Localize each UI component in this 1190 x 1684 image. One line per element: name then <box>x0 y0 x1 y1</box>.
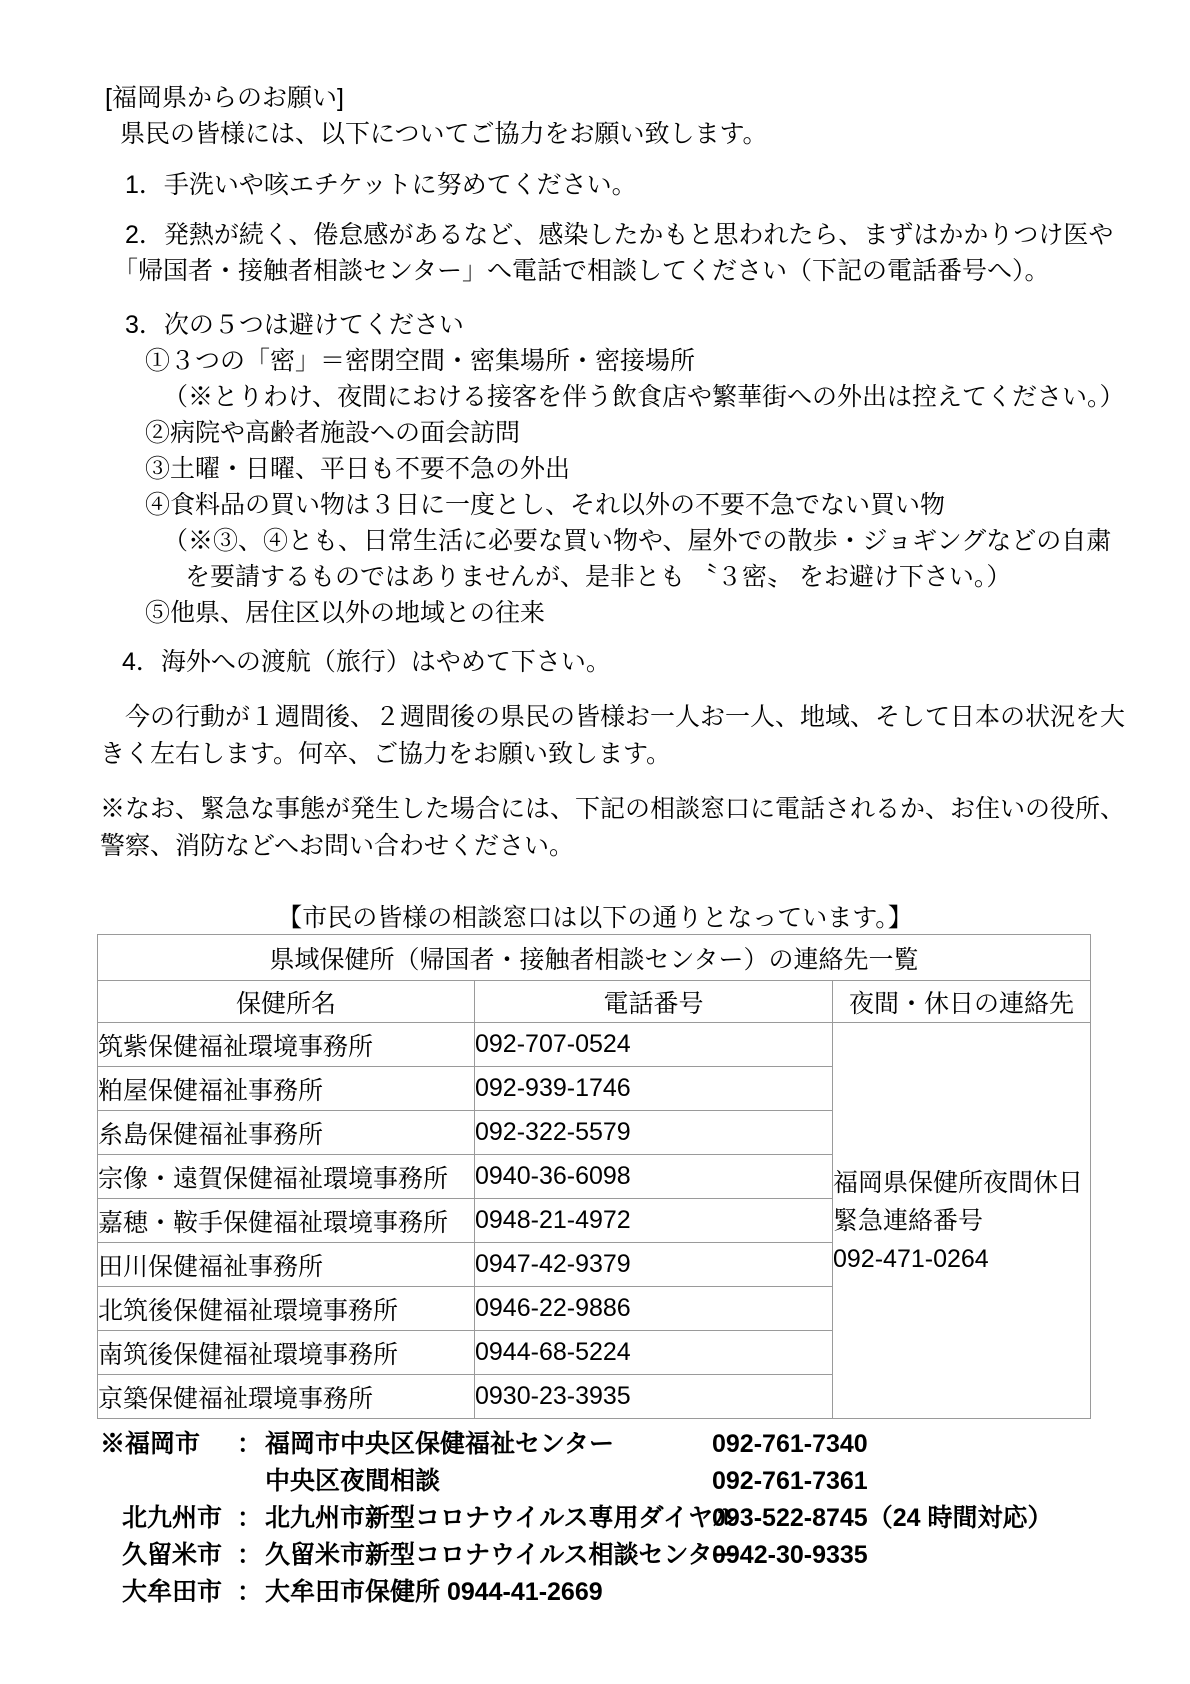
contact-name: 久留米市新型コロナウイルス相談センター <box>265 1537 712 1574</box>
list-item-2-line-1: 2．発熱が続く、倦怠感があるなど、感染したかもと思われたら、まずはかかりつけ医や <box>125 217 1190 253</box>
document-page: [福岡県からのお願い] 県民の皆様には、以下についてご協力をお願い致します。 1… <box>0 0 1190 1684</box>
list-item-3: 3．次の５つは避けてください <box>125 307 1190 343</box>
contact-colon: ： <box>237 1500 265 1537</box>
contact-phone: 092-761-7361 <box>712 1463 1190 1500</box>
table-cell-phone: 0944-68-5224 <box>475 1331 833 1375</box>
table-cell-name: 宗像・遠賀保健福祉環境事務所 <box>98 1155 475 1199</box>
emergency-note-line-1: ※なお、緊急な事態が発生した場合には、下記の相談窓口に電話されるか、お住いの役所… <box>100 791 1190 828</box>
contact-phone <box>712 1574 1190 1611</box>
sub-item-5: ⑤他県、居住区以外の地域との往来 <box>145 595 1190 631</box>
intro-line: 県民の皆様には、以下についてご協力をお願い致します。 <box>120 116 1190 152</box>
contact-colon: ： <box>237 1426 265 1463</box>
list-item-2-line-2: 「帰国者・接触者相談センター」へ電話で相談してください（下記の電話番号へ）。 <box>113 253 1190 289</box>
sub-item-4: ④食料品の買い物は３日に一度とし、それ以外の不要不急でない買い物 <box>145 487 1190 523</box>
table-header-row: 保健所名 電話番号 夜間・休日の連絡先 <box>98 981 1091 1023</box>
table-cell-name: 京築保健福祉環境事務所 <box>98 1375 475 1419</box>
night-cell-line-1: 福岡県保健所夜間休日 <box>833 1164 1090 1202</box>
contact-name: 北九州市新型コロナウイルス専用ダイヤル <box>265 1500 712 1537</box>
table-row: 筑紫保健福祉環境事務所 092-707-0524 福岡県保健所夜間休日 緊急連絡… <box>98 1023 1091 1067</box>
closing-paragraph-line-1: 今の行動が１週間後、２週間後の県民の皆様お一人お一人、地域、そして日本の状況を大 <box>125 699 1190 736</box>
contact-phone: 092-761-7340 <box>712 1426 1190 1463</box>
contact-row-chuo-night: 中央区夜間相談 092-761-7361 <box>100 1463 1190 1500</box>
table-cell-name: 糸島保健福祉事務所 <box>98 1111 475 1155</box>
emergency-note-line-2: 警察、消防などへお問い合わせください。 <box>100 828 1190 865</box>
table-cell-phone: 0948-21-4972 <box>475 1199 833 1243</box>
sub-item-3: ③土曜・日曜、平日も不要不急の外出 <box>145 451 1190 487</box>
contact-row-fukuoka: ※福岡市 ： 福岡市中央区保健福祉センター 092-761-7340 <box>100 1426 1190 1463</box>
city-contacts-section: ※福岡市 ： 福岡市中央区保健福祉センター 092-761-7340 中央区夜間… <box>0 1426 1190 1611</box>
contact-name: 福岡市中央区保健福祉センター <box>265 1426 712 1463</box>
night-holiday-cell: 福岡県保健所夜間休日 緊急連絡番号 092-471-0264 <box>833 1023 1091 1419</box>
list-item-4: 4．海外への渡航（旅行）はやめて下さい。 <box>122 644 1190 680</box>
closing-paragraph-line-2: きく左右します。何卒、ご協力をお願い致します。 <box>100 736 1190 773</box>
contact-city: ※福岡市 <box>100 1426 237 1463</box>
column-header-night: 夜間・休日の連絡先 <box>833 981 1091 1023</box>
contact-row-kitakyushu: 北九州市 ： 北九州市新型コロナウイルス専用ダイヤル 093-522-8745（… <box>100 1500 1190 1537</box>
table-title: 県域保健所（帰国者・接触者相談センター）の連絡先一覧 <box>98 935 1091 981</box>
column-header-name: 保健所名 <box>98 981 475 1023</box>
contact-name: 中央区夜間相談 <box>265 1463 712 1500</box>
contact-colon: ： <box>237 1574 265 1611</box>
contact-phone: 093-522-8745（24 時間対応） <box>712 1500 1190 1537</box>
column-header-phone: 電話番号 <box>475 981 833 1023</box>
contact-city <box>100 1463 237 1500</box>
table-cell-name: 嘉穂・鞍手保健福祉環境事務所 <box>98 1199 475 1243</box>
contact-colon <box>237 1463 265 1500</box>
table-cell-phone: 0930-23-3935 <box>475 1375 833 1419</box>
table-cell-name: 粕屋保健福祉事務所 <box>98 1067 475 1111</box>
sub-item-4-note-line-1: （※③、④とも、日常生活に必要な買い物や、屋外での散歩・ジョギングなどの自粛 <box>163 523 1190 559</box>
table-caption: 【市民の皆様の相談窓口は以下の通りとなっています。】 <box>0 902 1190 934</box>
table-title-row: 県域保健所（帰国者・接触者相談センター）の連絡先一覧 <box>98 935 1091 981</box>
contact-row-omuta: 大牟田市 ： 大牟田市保健所 0944-41-2669 <box>100 1574 1190 1611</box>
list-item-1: 1．手洗いや咳エチケットに努めてください。 <box>125 167 1190 203</box>
table-cell-phone: 092-939-1746 <box>475 1067 833 1111</box>
table-cell-phone: 0946-22-9886 <box>475 1287 833 1331</box>
sub-item-2: ②病院や高齢者施設への面会訪問 <box>145 415 1190 451</box>
table-cell-phone: 092-322-5579 <box>475 1111 833 1155</box>
page-title: [福岡県からのお願い] <box>105 80 1190 116</box>
table-cell-name: 北筑後保健福祉環境事務所 <box>98 1287 475 1331</box>
sub-item-1: ①３つの「密」＝密閉空間・密集場所・密接場所 <box>145 343 1190 379</box>
table-cell-name: 南筑後保健福祉環境事務所 <box>98 1331 475 1375</box>
health-center-table: 県域保健所（帰国者・接触者相談センター）の連絡先一覧 保健所名 電話番号 夜間・… <box>97 934 1091 1419</box>
contact-name: 大牟田市保健所 0944-41-2669 <box>265 1574 712 1611</box>
contact-city: 大牟田市 <box>100 1574 237 1611</box>
table-cell-phone: 0947-42-9379 <box>475 1243 833 1287</box>
table-cell-phone: 0940-36-6098 <box>475 1155 833 1199</box>
contact-row-kurume: 久留米市 ： 久留米市新型コロナウイルス相談センター 0942-30-9335 <box>100 1537 1190 1574</box>
table-cell-phone: 092-707-0524 <box>475 1023 833 1067</box>
sub-item-1-note: （※とりわけ、夜間における接客を伴う飲食店や繁華街への外出は控えてください。） <box>163 379 1190 415</box>
contact-phone: 0942-30-9335 <box>712 1537 1190 1574</box>
night-cell-line-3: 092-471-0264 <box>833 1240 1090 1278</box>
sub-item-4-note-line-2: を要請するものではありませんが、是非とも 〝３密〟 をお避け下さい。） <box>185 559 1190 595</box>
table-cell-name: 筑紫保健福祉環境事務所 <box>98 1023 475 1067</box>
night-cell-line-2: 緊急連絡番号 <box>833 1202 1090 1240</box>
table-cell-name: 田川保健福祉事務所 <box>98 1243 475 1287</box>
contact-city: 久留米市 <box>100 1537 237 1574</box>
contact-city: 北九州市 <box>100 1500 237 1537</box>
contact-colon: ： <box>237 1537 265 1574</box>
